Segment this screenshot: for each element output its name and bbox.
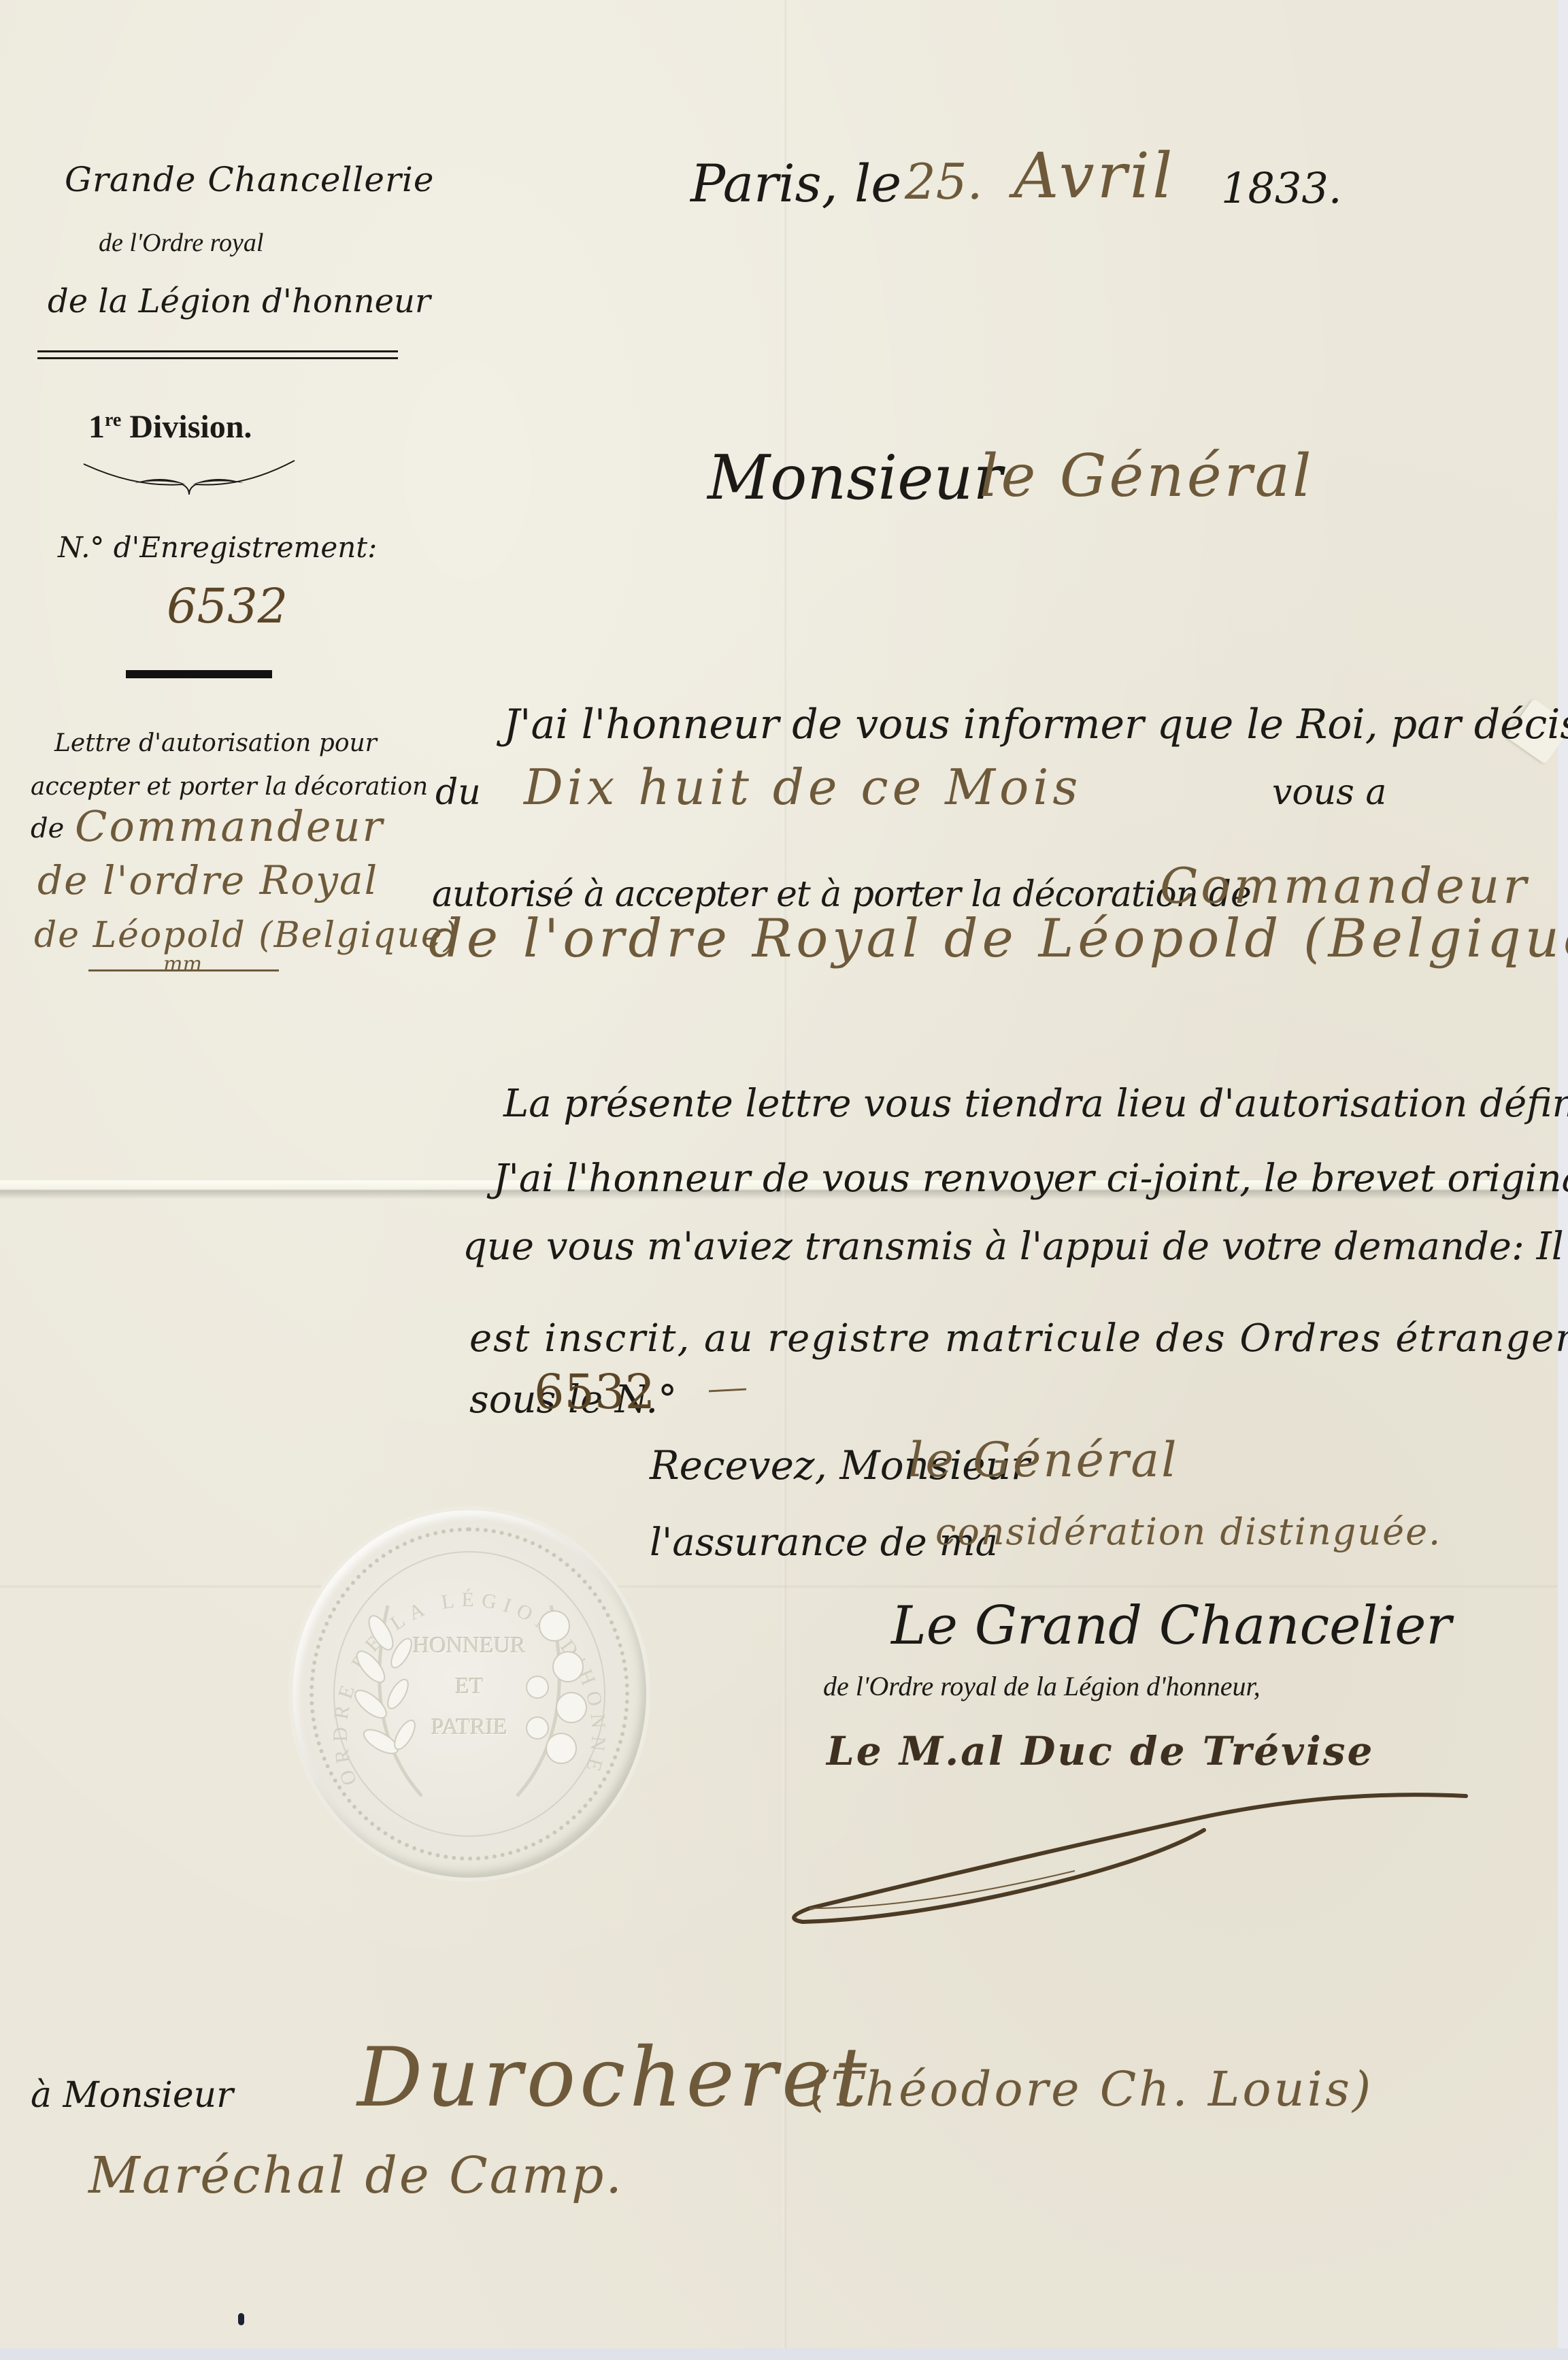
- margin-note-order: de l'ordre Royal: [37, 857, 378, 903]
- division-heading: 1re Division.: [88, 408, 252, 446]
- addressee-surname: Durocheret: [357, 2031, 871, 2125]
- dateline-year: 1833.: [1221, 163, 1342, 213]
- double-rule-top: [37, 350, 398, 352]
- body-p3-line-2: que vous m'aviez transmis à l'appui de v…: [463, 1225, 1564, 1269]
- signatory-title: Le Grand Chancelier: [891, 1595, 1452, 1657]
- body-p3-line-3: est inscrit, au registre matricule des O…: [469, 1316, 1568, 1361]
- body-p1-decoration-rank: Commandeur: [1160, 857, 1530, 914]
- division-number: 1: [88, 409, 105, 445]
- margin-note-order-country: de Léopold (Belgique): [34, 915, 458, 956]
- margin-note-flourish-text: mm: [163, 952, 202, 976]
- scan-background-bottom: [0, 2348, 1568, 2360]
- addressee-rank: Maréchal de Camp.: [88, 2146, 624, 2205]
- laurel-branch-icon: [333, 1592, 442, 1810]
- division-label: Division.: [129, 409, 252, 445]
- salutation-handwritten: le Général: [980, 442, 1314, 510]
- seal-motto-line-1: HONNEUR: [293, 1633, 646, 1659]
- lower-fold-crease: [0, 1585, 1558, 1588]
- closing-line-2-handwritten: considération distinguée.: [935, 1510, 1441, 1553]
- body-p1-decision-date: Dix huit de ce Mois: [524, 759, 1082, 816]
- letterhead-line-1: Grande Chancellerie: [65, 160, 434, 199]
- dateline-prefix: Paris, le: [690, 153, 901, 214]
- body-p1-order-name: de l'ordre Royal de Léopold (Belgique): [429, 908, 1568, 969]
- embossed-seal: ORDRE DE LA LÉGION D'HONNEUR HONNEUR ET …: [293, 1510, 646, 1878]
- body-p1-line-2-suffix: vous a: [1272, 772, 1386, 813]
- body-p1-line-2-prefix: du: [435, 772, 481, 813]
- registration-number: 6532: [167, 578, 288, 634]
- oak-branch-icon: [497, 1592, 605, 1810]
- seal-motto-line-3: PATRIE: [293, 1714, 646, 1740]
- ink-blot: [238, 2313, 244, 2325]
- closing-line-1-handwritten: le Général: [908, 1432, 1179, 1488]
- ornamental-swash-icon: [80, 457, 298, 498]
- margin-note-line-3-prefix: de: [31, 813, 64, 844]
- seal-motto-line-2: ET: [293, 1674, 646, 1699]
- margin-note-decoration-rank: Commandeur: [75, 801, 384, 851]
- salutation-printed: Monsieur: [707, 442, 1003, 514]
- double-rule-bottom: [37, 357, 398, 359]
- division-suffix: re: [105, 410, 121, 431]
- letterhead-line-3: de la Légion d'honneur: [48, 282, 431, 320]
- addressee-given-names: (Théodore Ch. Louis): [810, 2061, 1373, 2117]
- letterhead-line-2: de l'Ordre royal: [99, 228, 263, 258]
- body-p3-register-number: 6532: [534, 1364, 655, 1420]
- body-p1-line-1: J'ai l'honneur de vous informer que le R…: [503, 701, 1568, 748]
- registration-label: N.° d'Enregistrement:: [58, 531, 377, 564]
- signatory-subtitle: de l'Ordre royal de la Légion d'honneur,: [823, 1670, 1261, 1702]
- margin-note-line-1: Lettre d'autorisation pour: [54, 729, 377, 757]
- thick-divider: [126, 670, 272, 678]
- signature: Le M.al Duc de Trévise: [827, 1728, 1374, 1774]
- addressee-prefix: à Monsieur: [31, 2075, 233, 2116]
- body-p2: La présente lettre vous tiendra lieu d'a…: [503, 1082, 1568, 1126]
- dateline-day: 25.: [905, 153, 983, 210]
- margin-note-line-2: accepter et porter la décoration: [31, 773, 428, 801]
- signature-flourish-icon: [782, 1789, 1469, 1925]
- body-p3-line-1: J'ai l'honneur de vous renvoyer ci-joint…: [493, 1157, 1568, 1201]
- dateline-month: Avril: [1014, 139, 1175, 212]
